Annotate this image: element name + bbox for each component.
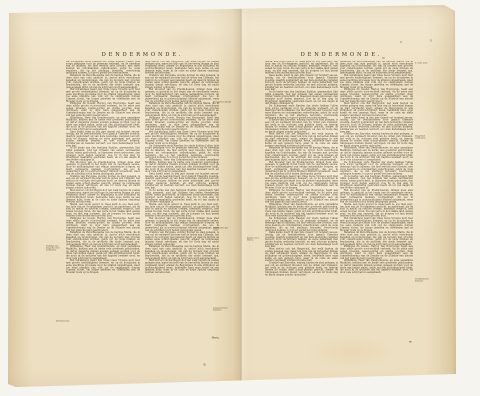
page-right-column-2: Behalven de Parochie-kerke van de heylig… [340, 61, 413, 327]
marginal-note: Kapel van S. Maria. [247, 237, 262, 245]
page-left-column-2: Men siet'er ook het Begyn-hof, het welk … [145, 61, 219, 329]
marginal-note: Langemunster klooster. [213, 307, 232, 315]
page-left-column-1: De Schepenen ende Raeden der stede hebbe… [66, 61, 140, 329]
marginal-note: Begynhof verplaetst. [415, 135, 436, 143]
marginal-note: Dominicanen. [56, 320, 70, 324]
page-fold-gutter [232, 5, 250, 389]
page-right-running-header: DENDERMONDE. [265, 52, 418, 59]
page-right-column-1: Maria, aen Gode gewyd is. Dees kerk is, … [265, 61, 338, 327]
marginal-note: Predikheeren klooster. [415, 278, 436, 286]
foxing-spot [203, 363, 206, 366]
marginal-note: D'abdye van Zwyveke hier verplaetst. [46, 245, 64, 258]
foxing-spot [400, 41, 402, 43]
page-right-catchword: en [362, 329, 412, 348]
page-left-running-header: DENDERMONDE. [66, 52, 219, 59]
scan-background: { "left_page": { "header": "DENDERMONDE.… [0, 0, 480, 396]
marginal-note: Mirakuleus beeld. [213, 101, 232, 105]
book-sheet: DENDERMONDE. De Schepenen ende Raeden de… [6, 5, 456, 389]
paper-stain [156, 27, 226, 53]
page-left-catchword: Maria, [169, 325, 219, 344]
foxing-spot [430, 39, 432, 42]
marginal-note: Oudtheden der stede. [213, 227, 232, 235]
marginal-note: S. Gilis kerk. [415, 62, 436, 66]
